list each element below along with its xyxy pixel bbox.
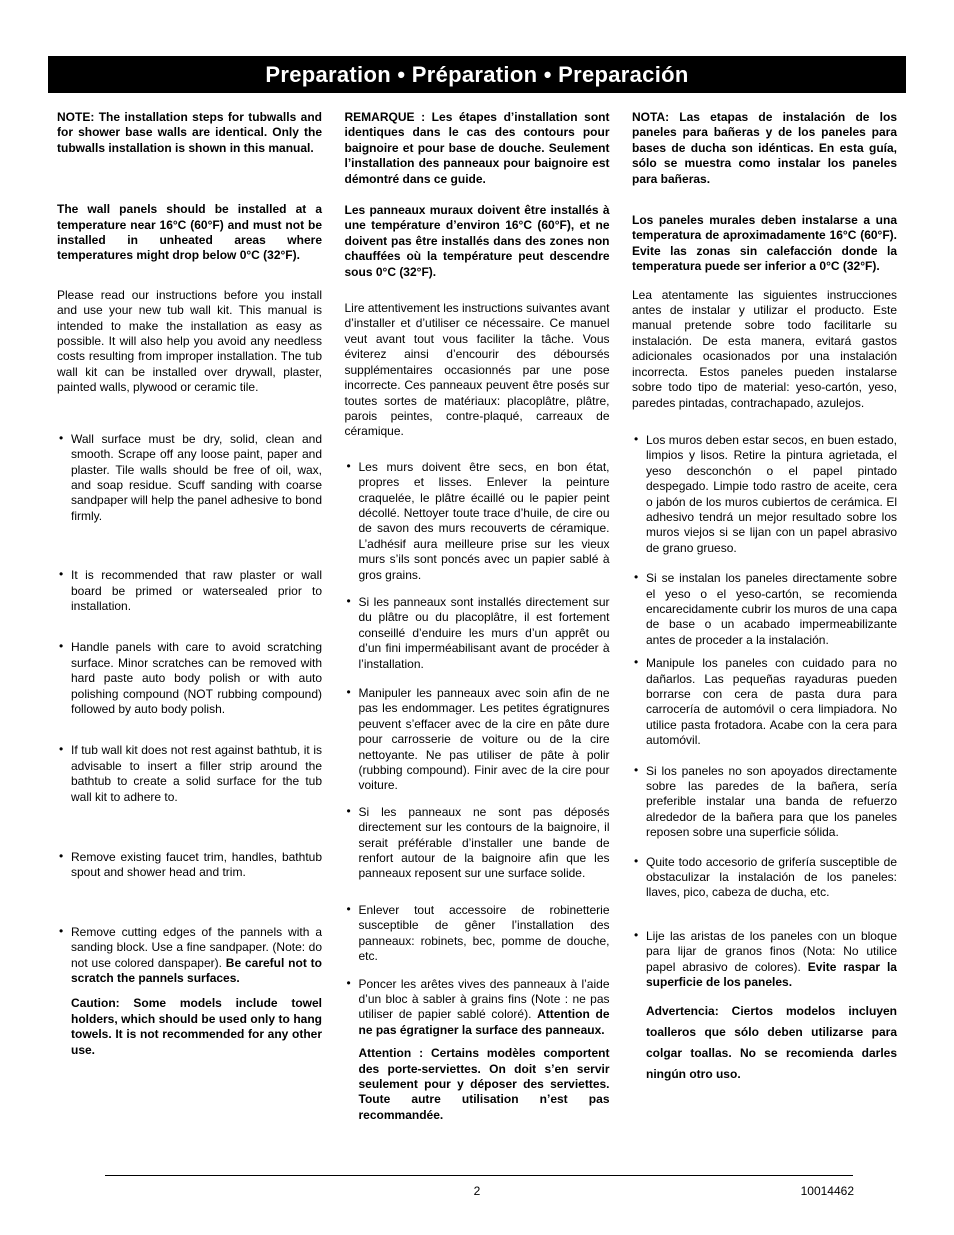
bullet-text: Handle panels with care to avoid scratch… [71,640,322,716]
bullet-item: Poncer les arêtes vives des panneaux à l… [345,977,610,1039]
bullet-text: Manipule los paneles con cuidado para no… [646,656,897,747]
temperature-paragraph: The wall panels should be installed at a… [57,202,322,264]
bullet-item: Si se instalan los paneles directamente … [632,571,897,648]
bullet-item: Si les panneaux sont installés directeme… [345,595,610,672]
three-column-body: NOTE: The installation steps for tubwall… [57,110,897,1123]
column-spanish: NOTA: Las etapas de instalación de los p… [632,110,897,1123]
bullet-text: Manipuler les panneaux avec soin afin de… [359,686,610,792]
bullet-text: If tub wall kit does not rest against ba… [71,743,322,803]
bullet-item: It is recommended that raw plaster or wa… [57,568,322,614]
bullet-text: Los muros deben estar secos, en buen est… [646,433,897,555]
temperature-paragraph: Los paneles murales deben instalarse a u… [632,213,897,275]
bullet-item: Enlever tout accessoire de robinetterie … [345,903,610,965]
page-title: Preparation • Préparation • Preparación [265,62,688,88]
caution-paragraph: Advertencia: Ciertos modelos incluyen to… [632,1001,897,1085]
temperature-paragraph: Les panneaux muraux doivent être install… [345,203,610,280]
column-french: REMARQUE : Les étapes d’installation son… [345,110,610,1123]
caution-paragraph: Attention : Certains modèles comportent … [345,1046,610,1123]
bullet-item: Wall surface must be dry, solid, clean a… [57,432,322,524]
bullet-text: Quite todo accesorio de grifería suscept… [646,855,897,900]
bullet-text: Les murs doivent être secs, en bon état,… [359,460,610,582]
bullet-item: Handle panels with care to avoid scratch… [57,640,322,717]
bullet-item: Manipule los paneles con cuidado para no… [632,656,897,748]
bullet-text: Remove existing faucet trim, handles, ba… [71,850,322,879]
section-header-bar: Preparation • Préparation • Preparación [48,56,906,93]
note-paragraph: NOTE: The installation steps for tubwall… [57,110,322,156]
bullet-item: Manipuler les panneaux avec soin afin de… [345,686,610,794]
bullet-text: Si los paneles no son apoyados directame… [646,764,897,840]
bullet-text: Si les panneaux sont installés directeme… [359,595,610,671]
bullet-item: Lije las aristas de los paneles con un b… [632,929,897,991]
bullet-item: Los muros deben estar secos, en buen est… [632,433,897,556]
intro-paragraph: Lire attentivement les instructions suiv… [345,301,610,440]
bullet-item: If tub wall kit does not rest against ba… [57,743,322,805]
bullet-item: Si les panneaux ne sont pas déposés dire… [345,805,610,882]
bullet-item: Les murs doivent être secs, en bon état,… [345,460,610,583]
intro-paragraph: Please read our instructions before you … [57,288,322,396]
manual-page: Preparation • Préparation • Preparación … [0,0,954,1235]
bullet-text: Si les panneaux ne sont pas déposés dire… [359,805,610,881]
caution-paragraph: Caution: Some models include towel holde… [57,996,322,1058]
bullet-text: It is recommended that raw plaster or wa… [71,568,322,613]
document-number: 10014462 [801,1184,854,1198]
bullet-item: Quite todo accesorio de grifería suscept… [632,855,897,901]
bullet-item: Remove existing faucet trim, handles, ba… [57,850,322,881]
bullet-text: Wall surface must be dry, solid, clean a… [71,432,322,523]
note-paragraph: REMARQUE : Les étapes d’installation son… [345,110,610,187]
intro-paragraph: Lea atentamente las siguientes instrucci… [632,288,897,411]
column-english: NOTE: The installation steps for tubwall… [57,110,322,1123]
bullet-text: Enlever tout accessoire de robinetterie … [359,903,610,963]
note-paragraph: NOTA: Las etapas de instalación de los p… [632,110,897,187]
bullet-item: Remove cutting edges of the pannels with… [57,925,322,987]
footer-rule [105,1175,853,1176]
bullet-text: Si se instalan los paneles directamente … [646,571,897,647]
bullet-item: Si los paneles no son apoyados directame… [632,764,897,841]
